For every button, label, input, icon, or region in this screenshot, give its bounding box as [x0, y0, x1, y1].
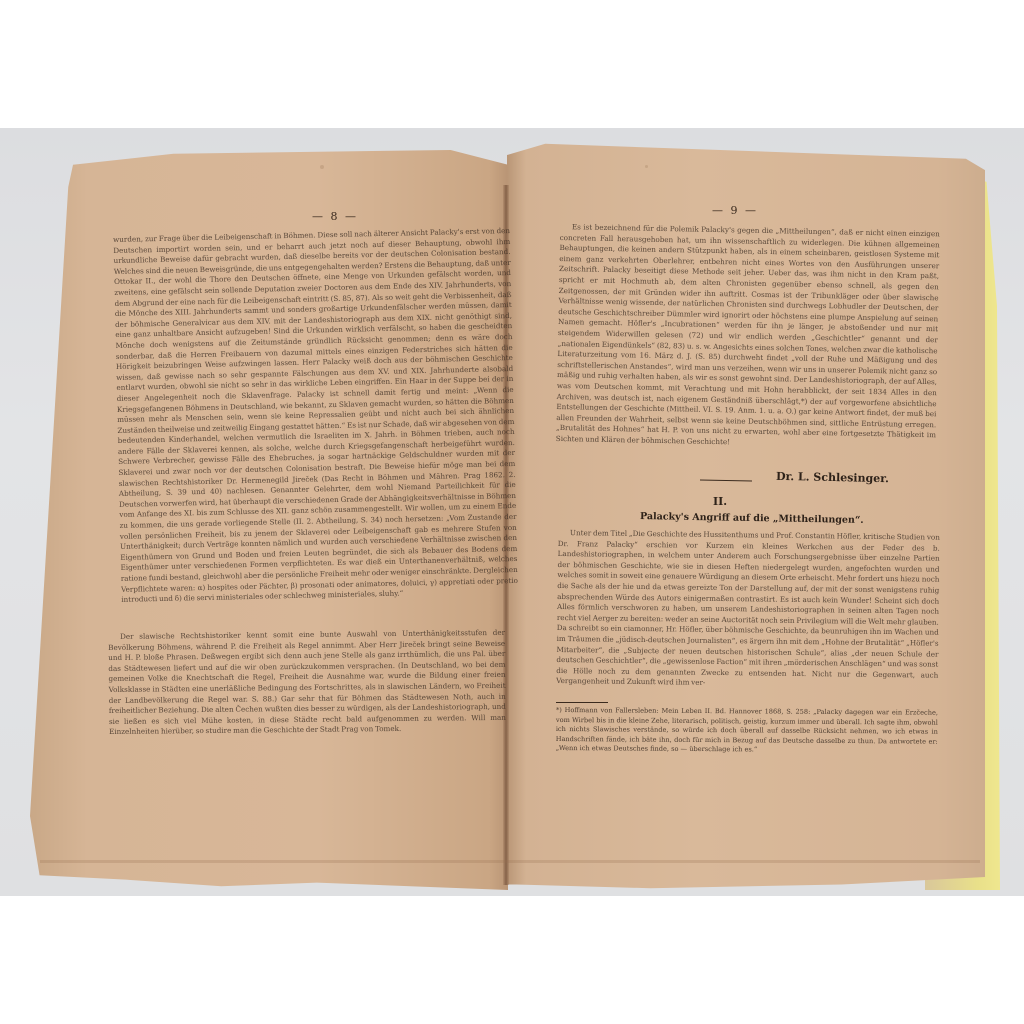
paragraph: Es ist bezeichnend für die Polemik Palac…	[556, 222, 940, 452]
paragraph: Unter dem Titel „Die Geschichte des Huss…	[556, 528, 940, 692]
paper-spot	[320, 165, 324, 169]
section-number: II.	[713, 495, 727, 508]
open-book: — 8 — wurden, zur Frage über die Leibeig…	[0, 0, 1024, 1024]
page-number-left: — 8 —	[312, 210, 358, 223]
left-page-body: wurden, zur Frage über die Leibeigenscha…	[113, 226, 518, 606]
left-page-body-2: Der slawische Rechtshistoriker kennt som…	[108, 628, 506, 738]
page-number-right: — 9 —	[712, 204, 758, 217]
paragraph: wurden, zur Frage über die Leibeigenscha…	[113, 226, 518, 606]
right-page-body-2: Unter dem Titel „Die Geschichte des Huss…	[556, 528, 940, 692]
footnote: *) Hoffmann von Fallersleben: Mein Leben…	[556, 706, 938, 757]
paragraph: Der slawische Rechtshistoriker kennt som…	[108, 628, 506, 738]
footnote-rule	[556, 702, 608, 703]
page-fold-line	[40, 860, 980, 863]
author-signature: Dr. L. Schlesinger.	[776, 470, 889, 485]
right-page-body: Es ist bezeichnend für die Polemik Palac…	[556, 222, 940, 452]
paper-spot	[645, 165, 648, 168]
